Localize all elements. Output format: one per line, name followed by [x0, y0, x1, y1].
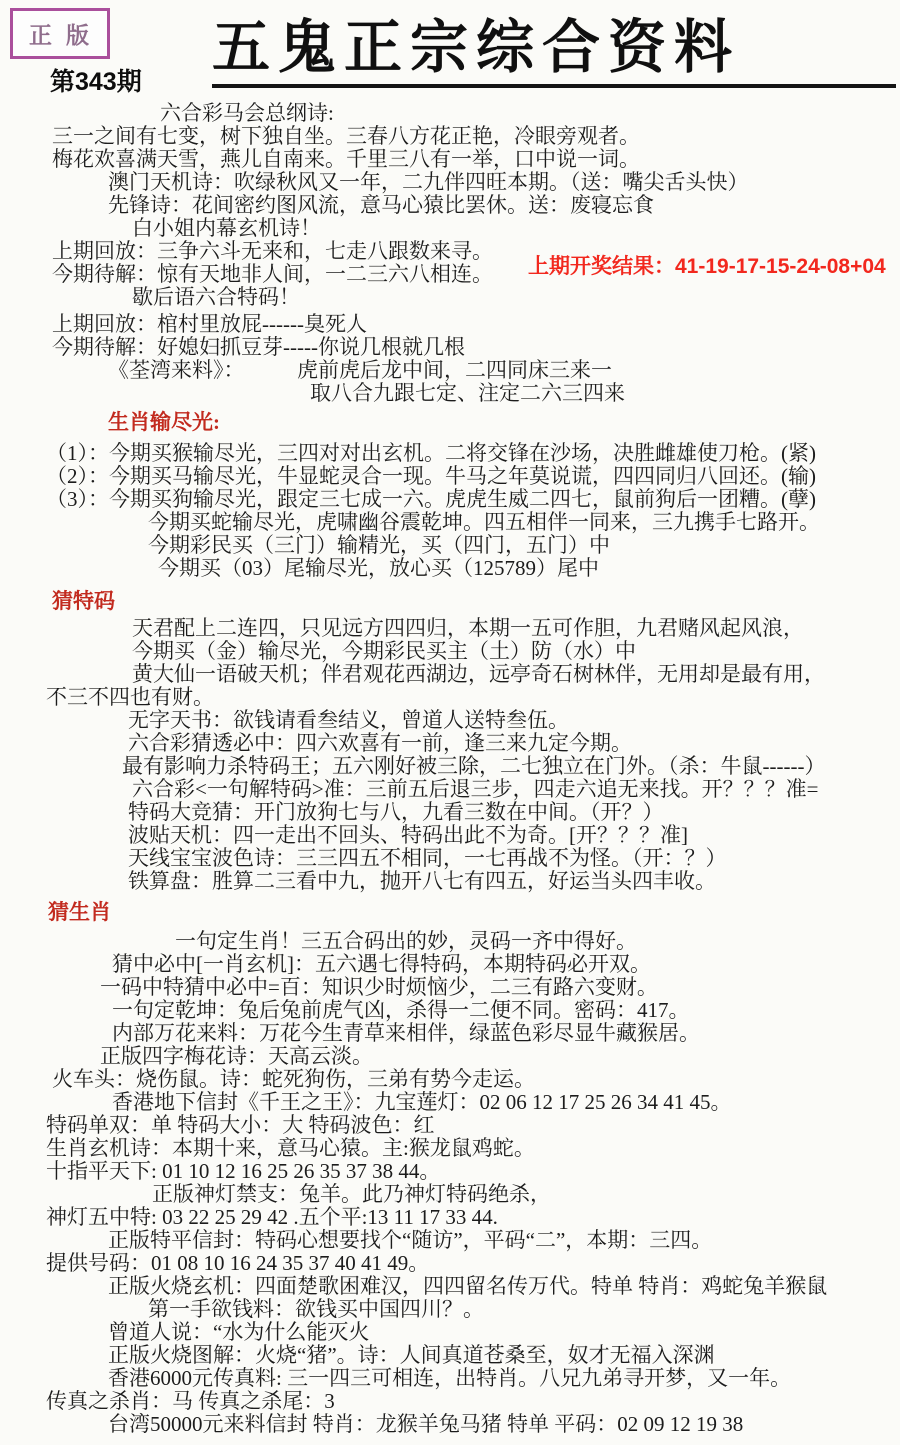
- page-header: 正版 五鬼正宗综合资料 第343期: [0, 0, 900, 100]
- scanned-lottery-sheet: { "header": { "badge": "正版", "title": "五…: [0, 0, 900, 1445]
- text-line: 正版火烧玄机：四面楚歌困难汉，四四留名传万代。特单 特肖：鸡蛇兔羊猴鼠: [108, 1275, 900, 1298]
- page-title: 五鬼正宗综合资料: [212, 18, 896, 88]
- text-line: 先锋诗：花间密约图风流，意马心猿比罢休。送：废寝忘食: [108, 194, 900, 217]
- text-line: 提供号码：01 08 10 16 24 35 37 40 41 49。: [46, 1252, 900, 1275]
- text-line: 铁算盘：胜算二三看中九，抛开八七有四五，好运当头四丰收。: [128, 870, 900, 893]
- text-line: 神灯五中特: 03 22 25 29 42 .五个平:13 11 17 33 4…: [46, 1206, 900, 1229]
- text-line: 内部万花来料：万花今生青草来相伴，绿蓝色彩尽显牛藏猴居。: [112, 1022, 900, 1045]
- content-lines: 六合彩马会总纲诗:三一之间有七变，树下独自坐。三春八方花正艳，冷眼旁观者。梅花欢…: [0, 102, 900, 1436]
- text-line: 无字天书：欲钱请看叁结义，曾道人送特叁伍。: [128, 709, 900, 732]
- text-line: 今期买（金）输尽光，今期彩民买主（土）防（水）中: [132, 640, 900, 663]
- text-line: 猜中必中[一肖玄机]：五六遇七得特码，本期特码必开双。: [112, 953, 900, 976]
- authentic-badge: 正版: [10, 8, 110, 59]
- text-line: 不三不四也有财。: [46, 686, 900, 709]
- text-line: 歇后语六合特码！: [132, 286, 900, 309]
- text-line: 天君配上二连四，只见远方四四归，本期一五可作胆，九君赌风起风浪，: [132, 617, 900, 640]
- section-header-shengxiao-shujinguang: 生肖输尽光:: [108, 411, 900, 434]
- text-line: 六合彩<一句解特码>准：三前五后退三步，四走六追无来找。开？？？准=: [132, 778, 900, 801]
- text-line: 一句定生肖！三五合码出的妙，灵码一齐中得好。: [175, 930, 900, 953]
- text-line: 一码中特猜中必中=百：知识少时烦恼少，二三有路六变财。: [100, 976, 900, 999]
- text-line: 澳门天机诗：吹绿秋风又一年，二九伴四旺本期。（送：嘴尖舌头快）: [108, 171, 900, 194]
- text-line: 波贴天机：四一走出不回头、特码出此不为奇。[开？？？准]: [128, 824, 900, 847]
- text-line: 香港6000元传真料: 三一四三可相连，出特肖。八兄九弟寻开梦，又一年。: [108, 1367, 900, 1390]
- text-line: 特码单双：单 特码大小：大 特码波色：红: [46, 1114, 900, 1137]
- text-line: 第一手欲钱料：欲钱买中国四川？。: [148, 1298, 900, 1321]
- section-header-caishengxiao: 猜生肖: [48, 901, 900, 924]
- text-line: 正版神灯禁支：兔羊。此乃神灯特码绝杀，: [152, 1183, 900, 1206]
- text-line: 六合彩猜透必中：四六欢喜有一前，逢三来九定今期。: [128, 732, 900, 755]
- text-line: （2）：今期买马输尽光，牛显蛇灵合一现。牛马之年莫说谎，四四同归八回还。(输): [46, 465, 900, 488]
- text-line: 火车头：烧伤鼠。诗：蛇死狗伤，三弟有势今走运。: [52, 1068, 900, 1091]
- text-line: 香港地下信封《千王之王》：九宝莲灯：02 06 12 17 25 26 34 4…: [112, 1091, 900, 1114]
- text-line: 上期回放：棺村里放屁------臭死人: [52, 313, 900, 336]
- text-line: 生肖玄机诗：本期十来，意马心猿。主:猴龙鼠鸡蛇。: [46, 1137, 900, 1160]
- section-header-caitema: 猜特码: [52, 590, 900, 613]
- text-line: 三一之间有七变，树下独自坐。三春八方花正艳，冷眼旁观者。: [52, 125, 900, 148]
- text-line: 正版火烧图解：火烧“猪”。诗：人间真道苍桑至，奴才无福入深渊: [108, 1344, 900, 1367]
- text-line: 十指平天下: 01 10 12 16 25 26 35 37 38 44。: [46, 1160, 900, 1183]
- last-draw-result: 上期开奖结果：41-19-17-15-24-08+04: [528, 250, 886, 280]
- text-line: 曾道人说：“水为什么能灭火: [108, 1321, 900, 1344]
- text-line: 传真之杀肖：马 传真之杀尾：3: [46, 1390, 900, 1413]
- text-line: 一句定乾坤：兔后兔前虎气凶，杀得一二便不同。密码：417。: [112, 999, 900, 1022]
- text-line: 最有影响力杀特码王；五六刚好被三除，二七独立在门外。（杀：牛鼠------）: [122, 755, 900, 778]
- text-line: 白小姐内幕玄机诗！: [132, 217, 900, 240]
- text-line: 取八合九跟七定、注定二六三四来: [310, 382, 900, 405]
- text-line: 今期彩民买（三门）输精光，买（四门，五门）中: [148, 534, 900, 557]
- issue-number: 第343期: [50, 62, 142, 98]
- text-line: 正版特平信封：特码心想要找个“随访”，平码“二”，本期：三四。: [108, 1229, 900, 1252]
- text-line: 正版四字梅花诗：天高云淡。: [100, 1045, 900, 1068]
- text-line: 《荃湾来料》： 虎前虎后龙中间，二四同床三来一: [108, 359, 900, 382]
- text-line: 台湾50000元来料信封 特肖：龙猴羊兔马猪 特单 平码：02 09 12 19…: [108, 1413, 900, 1436]
- text-line: （1）：今期买猴输尽光，三四对对出玄机。二将交锋在沙场，决胜雌雄使刀枪。(紧): [46, 442, 900, 465]
- text-line: 特码大竞猜：开门放狗七与八，九看三数在中间。（开？）: [128, 801, 900, 824]
- text-line: 六合彩马会总纲诗:: [160, 102, 900, 125]
- text-line: 黄大仙一语破天机；伴君观花西湖边，远亭奇石树林伴，无用却是最有用，: [132, 663, 900, 686]
- text-line: 今期买蛇输尽光，虎啸幽谷震乾坤。四五相伴一同来，三九携手七路开。: [148, 511, 900, 534]
- text-line: 天线宝宝波色诗：三三四五不相同，一七再战不为怪。（开：？）: [128, 847, 900, 870]
- text-line: 梅花欢喜满天雪，燕儿自南来。千里三八有一举，口中说一词。: [52, 148, 900, 171]
- text-line: 今期买（03）尾输尽光，放心买（125789）尾中: [158, 557, 900, 580]
- text-line: （3）：今期买狗输尽光，跟定三七成一六。虎虎生威二四七，鼠前狗后一团糟。(孽): [46, 488, 900, 511]
- text-line: 今期待解：好媳妇抓豆芽-----你说几根就几根: [52, 336, 900, 359]
